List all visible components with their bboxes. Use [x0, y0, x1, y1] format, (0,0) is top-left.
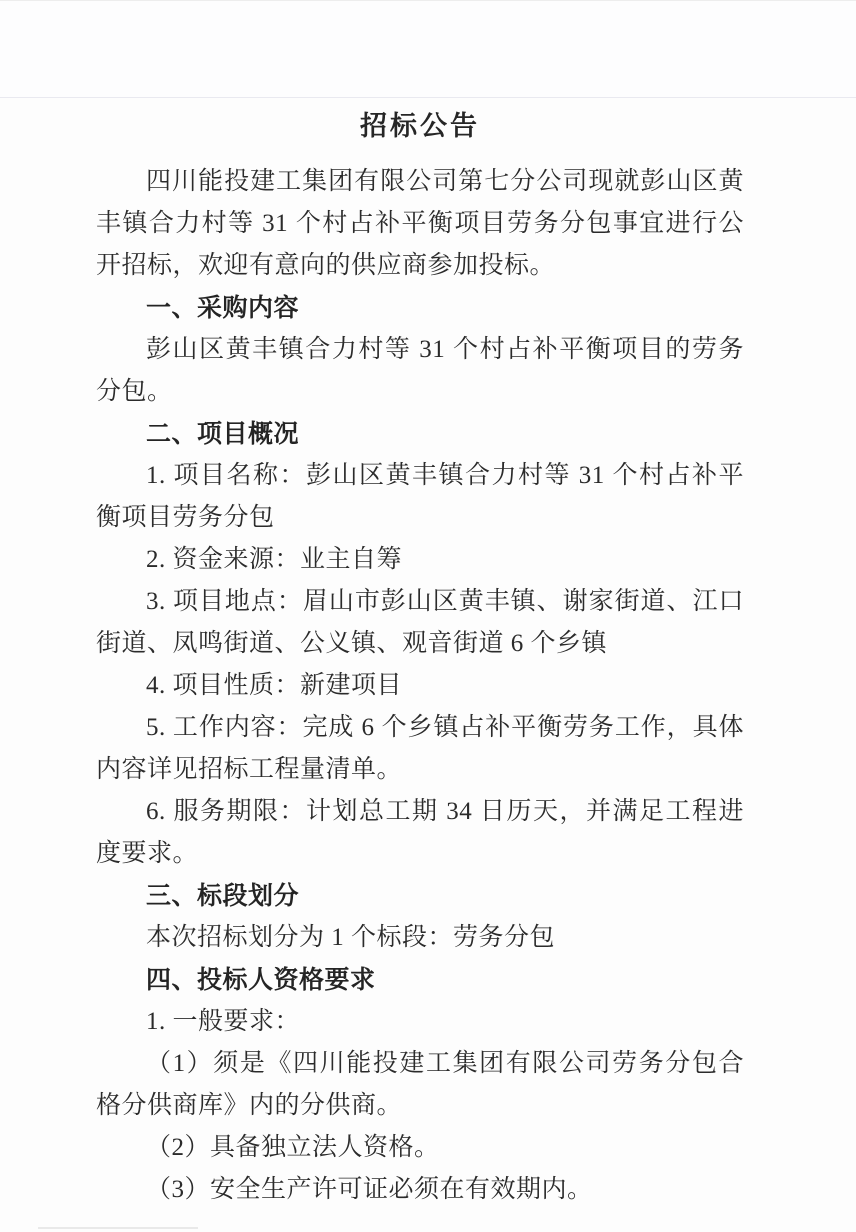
- scan-artifact-bottom-smudge: [38, 1227, 198, 1229]
- document-paragraph: （1）须是《四川能投建工集团有限公司劳务分包合格分供商库》内的分供商。: [96, 1043, 744, 1127]
- section-heading: 四、投标人资格要求: [96, 959, 744, 1001]
- document-title: 招标公告: [96, 108, 744, 144]
- document-blocks: 四川能投建工集团有限公司第七分公司现就彭山区黄丰镇合力村等 31 个村占补平衡项…: [96, 161, 744, 1211]
- section-heading: 二、项目概况: [96, 413, 744, 455]
- section-heading: 一、采购内容: [96, 287, 744, 329]
- section-heading: 三、标段划分: [96, 875, 744, 917]
- document-paragraph: （2）具备独立法人资格。: [96, 1127, 744, 1169]
- document-paragraph: 2. 资金来源：业主自筹: [96, 539, 744, 581]
- document-paragraph: 3. 项目地点：眉山市彭山区黄丰镇、谢家街道、江口街道、凤鸣街道、公义镇、观音街…: [96, 581, 744, 665]
- document-body: 招标公告 四川能投建工集团有限公司第七分公司现就彭山区黄丰镇合力村等 31 个村…: [96, 108, 744, 1211]
- document-paragraph: 6. 服务期限：计划总工期 34 日历天，并满足工程进度要求。: [96, 791, 744, 875]
- document-paragraph: 彭山区黄丰镇合力村等 31 个村占补平衡项目的劳务分包。: [96, 329, 744, 413]
- document-paragraph: 1. 一般要求：: [96, 1001, 744, 1043]
- document-paragraph: 5. 工作内容：完成 6 个乡镇占补平衡劳务工作，具体内容详见招标工程量清单。: [96, 707, 744, 791]
- scanned-document-page: { "colors": { "text": "#2b2b2b", "backgr…: [0, 0, 856, 1232]
- document-paragraph: 本次招标划分为 1 个标段：劳务分包: [96, 917, 744, 959]
- document-paragraph: 四川能投建工集团有限公司第七分公司现就彭山区黄丰镇合力村等 31 个村占补平衡项…: [96, 161, 744, 287]
- scan-artifact-top-band: [0, 0, 856, 98]
- document-paragraph: 4. 项目性质：新建项目: [96, 665, 744, 707]
- document-paragraph: （3）安全生产许可证必须在有效期内。: [96, 1169, 744, 1211]
- document-paragraph: 1. 项目名称：彭山区黄丰镇合力村等 31 个村占补平衡项目劳务分包: [96, 455, 744, 539]
